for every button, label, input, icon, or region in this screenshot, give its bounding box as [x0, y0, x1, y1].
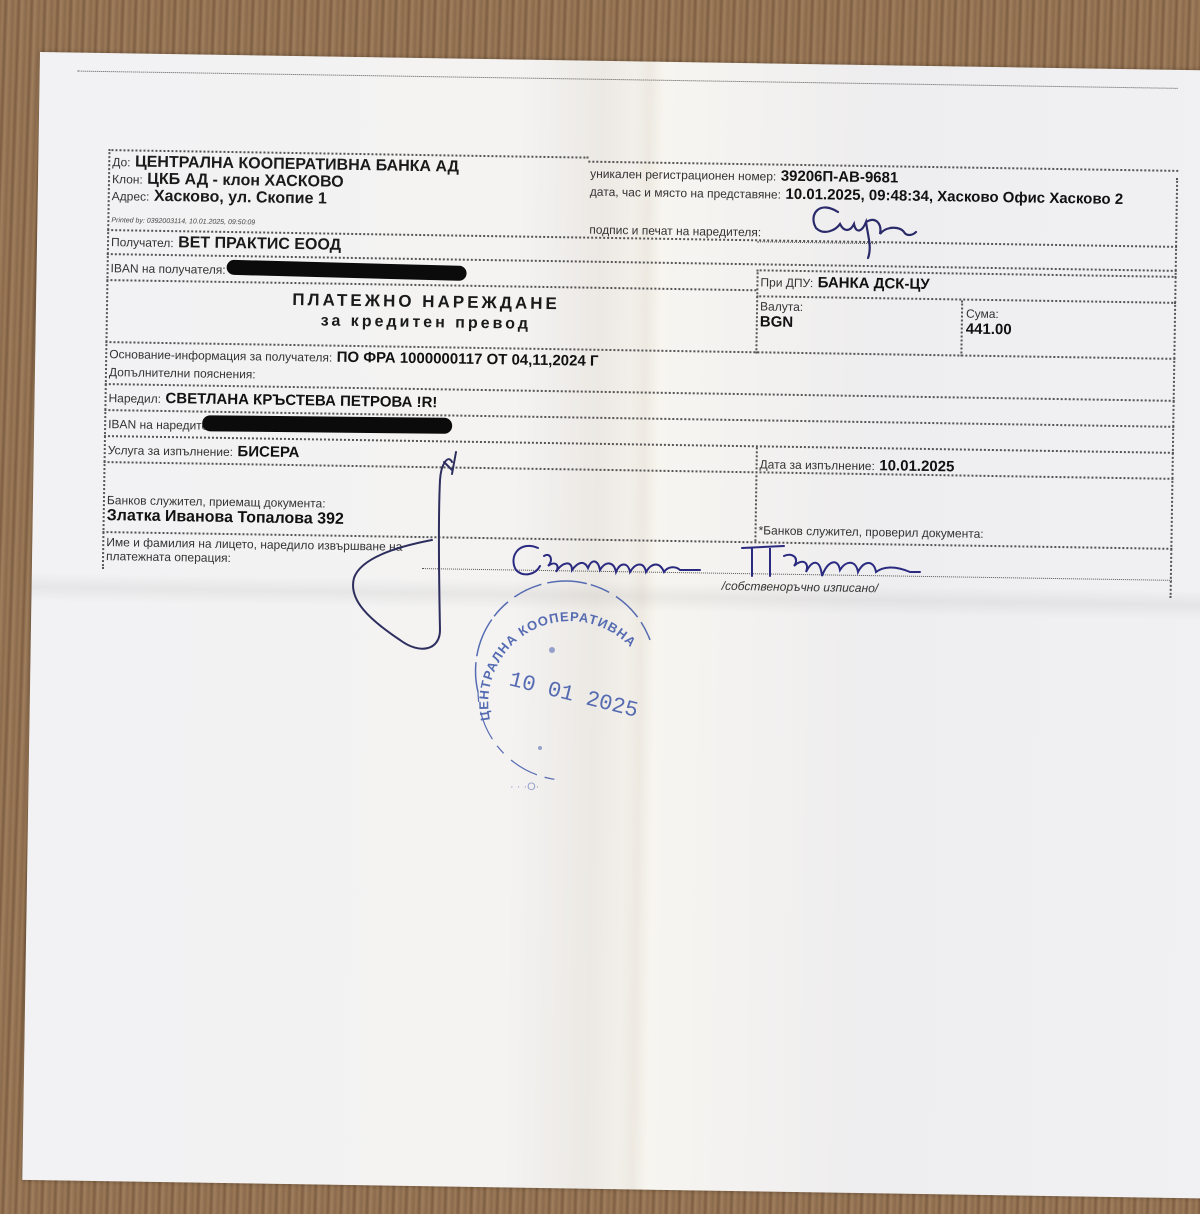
- bank-label: При ДПУ:: [760, 275, 813, 290]
- submitted-value: 10.01.2025, 09:48:34, Хасково Офис Хаско…: [785, 186, 1123, 208]
- amount-value: 441.00: [966, 321, 1012, 339]
- currency-label: Валута:: [760, 299, 803, 314]
- recipient-row: Получател: ВЕТ ПРАКТИС ЕООД: [111, 233, 341, 255]
- clerk-accepting: Банков служител, приемащ документа: Злат…: [107, 493, 345, 529]
- address-row: Адрес: Хасково, ул. Скопие 1: [112, 187, 327, 208]
- amount-label: Сума:: [966, 307, 1012, 322]
- address-label: Адрес:: [112, 189, 150, 204]
- address-value: Хасково, ул. Скопие 1: [154, 188, 327, 208]
- recipient-label: Получател:: [111, 235, 174, 250]
- to-label: До:: [112, 155, 130, 169]
- currency-cell: Валута: BGN: [760, 299, 804, 331]
- bank-bottom-line: [756, 295, 1176, 304]
- submitted-label: дата, час и място на представяне:: [590, 185, 781, 202]
- top-cut-line: [78, 71, 1178, 89]
- bank-row: При ДПУ: БАНКА ДСК-ЦУ: [760, 273, 929, 294]
- document-subtitle: за кредитен превод: [216, 311, 636, 336]
- paper-fold: [31, 572, 1200, 621]
- service-value: БИСЕРА: [237, 443, 299, 461]
- service-row: Услуга за изпълнение: БИСЕРА: [108, 441, 300, 462]
- clerk-checking-label: *Банков служител, проверил документа:: [758, 523, 983, 541]
- payer-label: Наредил:: [108, 391, 161, 406]
- handwritten-note: /собственоръчно изписано/: [722, 579, 879, 595]
- basis-label: Основание-информация за получателя:: [109, 347, 332, 365]
- recipient-value: ВЕТ ПРАКТИС ЕООД: [178, 234, 341, 254]
- amount-left-line: [960, 301, 963, 357]
- payer-row: Наредил: СВЕТЛАНА КРЪСТЕВА ПЕТРОВА !R!: [108, 389, 437, 412]
- payer-value: СВЕТЛАНА КРЪСТЕВА ПЕТРОВА !R!: [165, 390, 437, 411]
- additional-row: Допълнителни пояснения:: [109, 363, 256, 383]
- bank-value: БАНКА ДСК-ЦУ: [818, 274, 930, 293]
- printed-by: Printed by: 0392003114, 10.01.2025, 09:5…: [111, 217, 255, 226]
- clerk-checking: *Банков служител, проверил документа:: [758, 521, 983, 543]
- bank-left-line: [755, 269, 758, 353]
- submitted-row: дата, час и място на представяне: 10.01.…: [590, 183, 1124, 209]
- recipient-iban-row: IBAN на получателя:: [110, 259, 225, 279]
- payment-order-document: До: ЦЕНТРАЛНА КООПЕРАТИВНА БАНКА АД Клон…: [22, 52, 1200, 1199]
- recipient-iban-label: IBAN на получателя:: [111, 261, 226, 277]
- frame-right: [1170, 178, 1179, 598]
- reg-number-label: уникален регистрационен номер:: [590, 167, 776, 184]
- amount-cell: Сума: 441.00: [966, 307, 1012, 339]
- additional-label: Допълнителни пояснения:: [109, 365, 256, 381]
- payer-iban-redaction: [202, 415, 452, 434]
- recipient-iban-redaction: [226, 260, 466, 281]
- clerk-accepting-value: Златка Иванова Топалова 392: [107, 507, 344, 529]
- currency-value: BGN: [760, 313, 803, 331]
- exec-date-left-line: [754, 447, 757, 541]
- payer-name-label: Име и фамилия на лицето, наредило извърш…: [106, 535, 402, 568]
- service-label: Услуга за изпълнение:: [108, 443, 234, 459]
- reg-number-value: 39206П-АВ-9681: [781, 168, 899, 187]
- branch-label: Клон:: [112, 172, 143, 186]
- basis-value: ПО ФРА 1000000117 ОТ 04,11,2024 Г: [337, 349, 599, 370]
